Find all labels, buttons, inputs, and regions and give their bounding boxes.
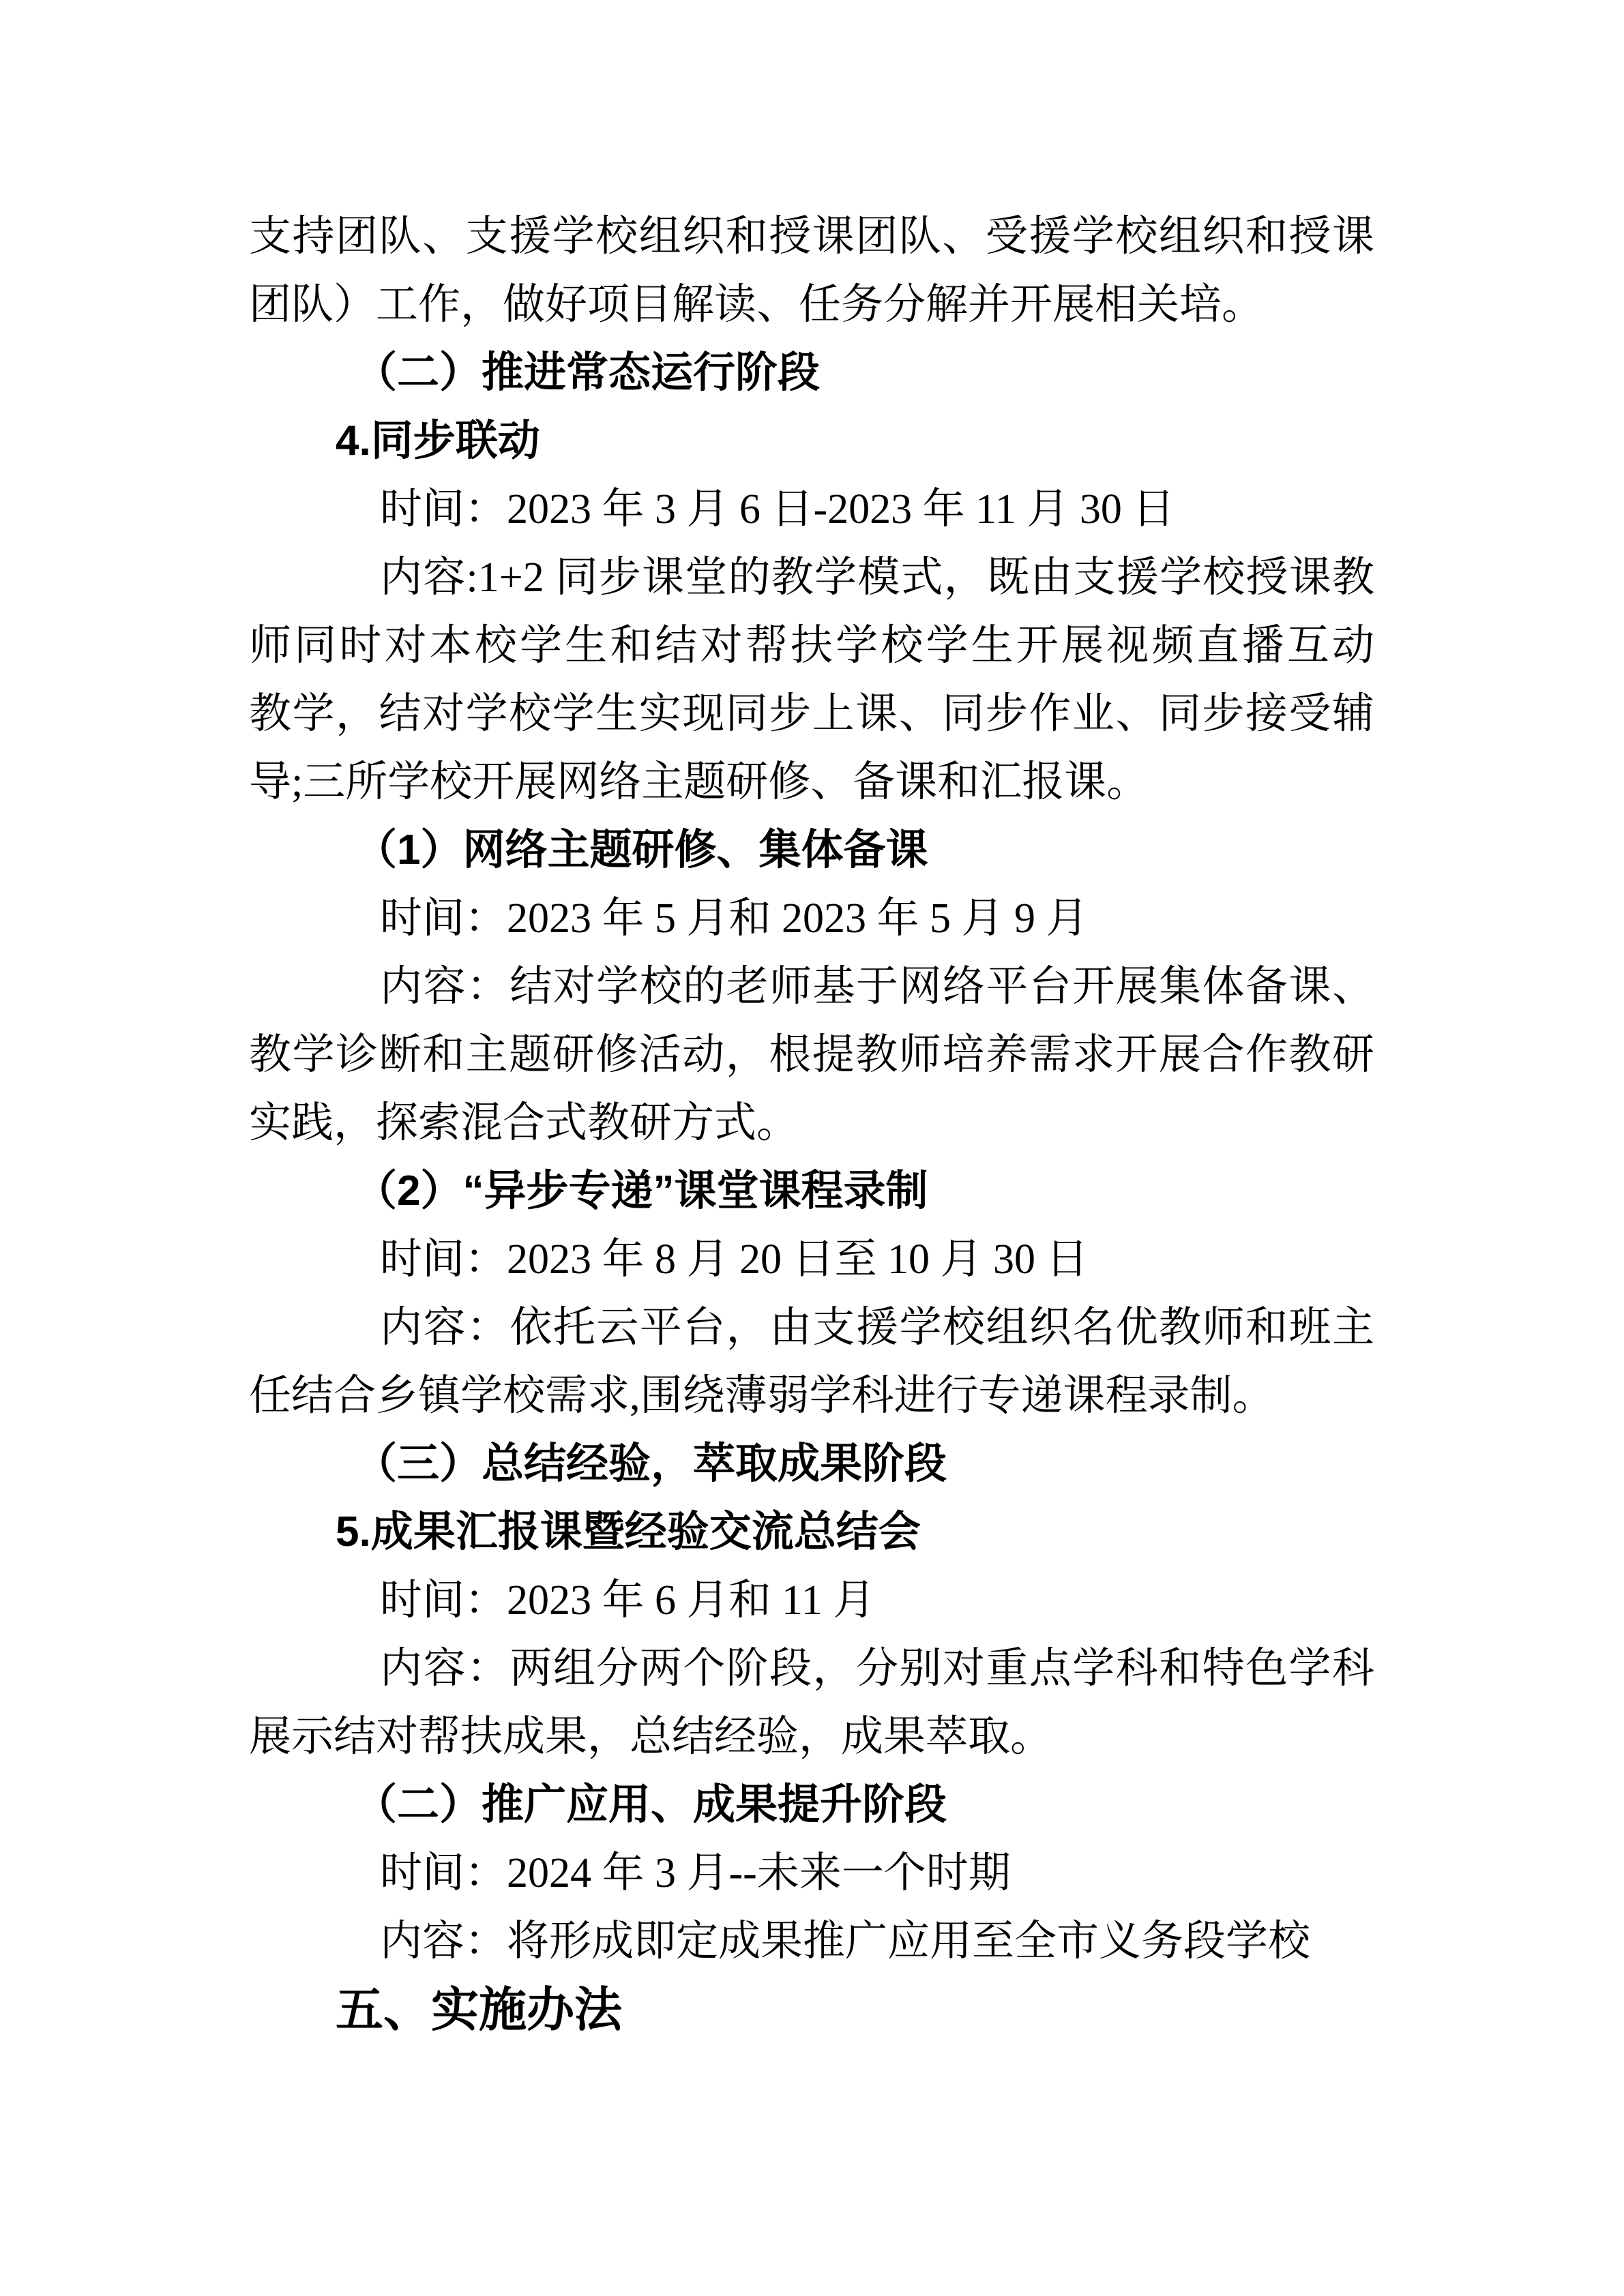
paragraph-line: 导;三所学校开展网络主题研修、备课和汇报课。 (249, 748, 1374, 816)
numbered-heading: 5.成果汇报课暨经验交流总结会 (249, 1498, 1374, 1566)
chapter-heading: 五、实施办法 (249, 1976, 1374, 2044)
paragraph-first-line: 内容:1+2 同步课堂的教学模式，既由支援学校授课教 (249, 543, 1374, 612)
section-heading: （二）推广应用、成果提升阶段 (249, 1771, 1374, 1839)
paragraph-first-line: 时间：2023 年 5 月和 2023 年 5 月 9 月 (249, 884, 1374, 953)
section-heading: （1）网络主题研修、集体备课 (249, 816, 1374, 884)
paragraph-line: 教学诊断和主题研修活动，根提教师培养需求开展合作教研 (249, 1021, 1374, 1089)
paragraph-line: 教学，结对学校学生实现同步上课、同步作业、同步接受辅 (249, 680, 1374, 748)
document-page: 支持团队、支援学校组织和授课团队、受援学校组织和授课团队）工作，做好项目解读、任… (0, 0, 1624, 2296)
numbered-heading: 4.同步联动 (249, 407, 1374, 475)
paragraph-first-line: 内容：两组分两个阶段，分别对重点学科和特色学科 (249, 1635, 1374, 1703)
section-heading: （2）“异步专递”课堂课程录制 (249, 1157, 1374, 1225)
paragraph-first-line: 内容：结对学校的老师基于网络平台开展集体备课、 (249, 953, 1374, 1021)
paragraph-first-line: 时间：2024 年 3 月--未来一个时期 (249, 1839, 1374, 1907)
paragraph-first-line: 内容：将形成即定成果推广应用至全市义务段学校 (249, 1907, 1374, 1976)
paragraph-first-line: 时间：2023 年 8 月 20 日至 10 月 30 日 (249, 1225, 1374, 1294)
paragraph-line: 任结合乡镇学校需求,围绕薄弱学科进行专递课程录制。 (249, 1362, 1374, 1430)
paragraph-first-line: 内容：依托云平台，由支援学校组织名优教师和班主 (249, 1294, 1374, 1362)
document-text-block: 支持团队、支援学校组织和授课团队、受援学校组织和授课团队）工作，做好项目解读、任… (249, 203, 1374, 2044)
paragraph-first-line: 时间：2023 年 6 月和 11 月 (249, 1566, 1374, 1635)
paragraph-line: 支持团队、支援学校组织和授课团队、受援学校组织和授课 (249, 203, 1374, 271)
paragraph-first-line: 时间：2023 年 3 月 6 日-2023 年 11 月 30 日 (249, 475, 1374, 543)
paragraph-line: 团队）工作，做好项目解读、任务分解并开展相关培。 (249, 271, 1374, 339)
paragraph-line: 展示结对帮扶成果，总结经验，成果萃取。 (249, 1703, 1374, 1771)
section-heading: （三）总结经验，萃取成果阶段 (249, 1430, 1374, 1498)
section-heading: （二）推进常态运行阶段 (249, 339, 1374, 407)
paragraph-line: 师同时对本校学生和结对帮扶学校学生开展视频直播互动 (249, 612, 1374, 680)
paragraph-line: 实践，探索混合式教研方式。 (249, 1089, 1374, 1157)
